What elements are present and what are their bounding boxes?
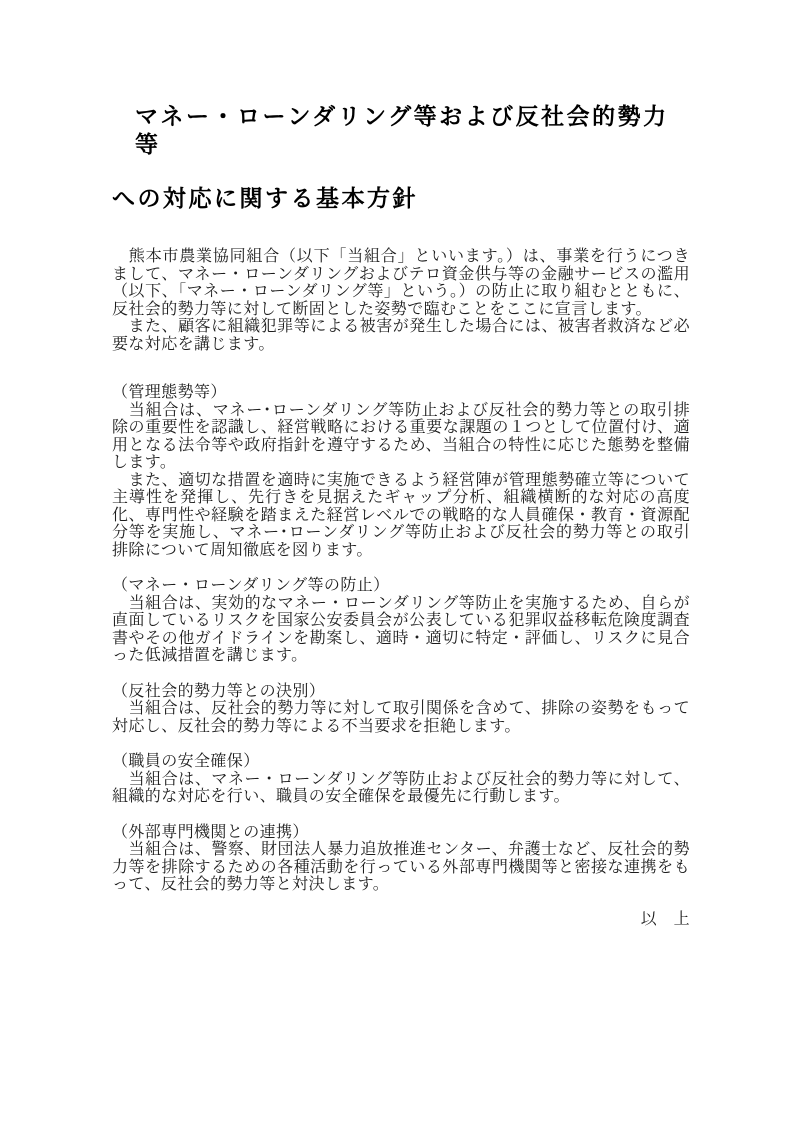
intro-paragraph-2: また、顧客に組織犯罪等による被害が発生した場合には、被害者救済など必要な対応を講… bbox=[112, 318, 690, 353]
intro-block: 熊本市農業協同組合（以下「当組合」といいます。）は、事業を行うにつきまして、マネ… bbox=[112, 248, 690, 353]
title-line-1: マネー・ローンダリング等および反社会的勢力等 bbox=[112, 102, 690, 158]
section-paragraph: 当組合は、マネー・ローンダリング等防止および反社会的勢力等に対して、組織的な対応… bbox=[112, 771, 690, 806]
section-paragraph: また、適切な措置を適時に実施できるよう経営陣が管理態勢確立等について主導性を発揮… bbox=[112, 472, 690, 560]
section-heading: （外部専門機関との連携） bbox=[112, 824, 690, 842]
closing-mark: 以 上 bbox=[112, 911, 690, 929]
document-page: マネー・ローンダリング等および反社会的勢力等 への対応に関する基本方針 熊本市農… bbox=[0, 0, 800, 1131]
section-heading: （職員の安全確保） bbox=[112, 753, 690, 771]
section-paragraph: 当組合は、マネー･ローンダリング等防止および反社会的勢力等との取引排除の重要性を… bbox=[112, 402, 690, 472]
section-paragraph: 当組合は、反社会的勢力等に対して取引関係を含めて、排除の姿勢をもって対応し、反社… bbox=[112, 700, 690, 735]
intro-paragraph-1: 熊本市農業協同組合（以下「当組合」といいます。）は、事業を行うにつきまして、マネ… bbox=[112, 248, 690, 318]
section-heading: （管理態勢等） bbox=[112, 384, 690, 402]
section-management-structure: （管理態勢等） 当組合は、マネー･ローンダリング等防止および反社会的勢力等との取… bbox=[112, 384, 690, 559]
title-line-2: への対応に関する基本方針 bbox=[112, 184, 690, 212]
section-heading: （マネー・ローンダリング等の防止） bbox=[112, 577, 690, 595]
section-external-cooperation: （外部専門機関との連携） 当組合は、警察、財団法人暴力追放推進センター、弁護士な… bbox=[112, 824, 690, 894]
section-paragraph: 当組合は、警察、財団法人暴力追放推進センター、弁護士など、反社会的勢力等を排除す… bbox=[112, 841, 690, 894]
section-staff-safety: （職員の安全確保） 当組合は、マネー・ローンダリング等防止および反社会的勢力等に… bbox=[112, 753, 690, 806]
section-aml-prevention: （マネー・ローンダリング等の防止） 当組合は、実効的なマネー・ローンダリング等防… bbox=[112, 577, 690, 665]
section-antisocial-separation: （反社会的勢力等との決別） 当組合は、反社会的勢力等に対して取引関係を含めて、排… bbox=[112, 683, 690, 736]
section-paragraph: 当組合は、実効的なマネー・ローンダリング等防止を実施するため、自らが直面している… bbox=[112, 595, 690, 665]
document-title: マネー・ローンダリング等および反社会的勢力等 への対応に関する基本方針 bbox=[112, 102, 690, 212]
section-heading: （反社会的勢力等との決別） bbox=[112, 683, 690, 701]
